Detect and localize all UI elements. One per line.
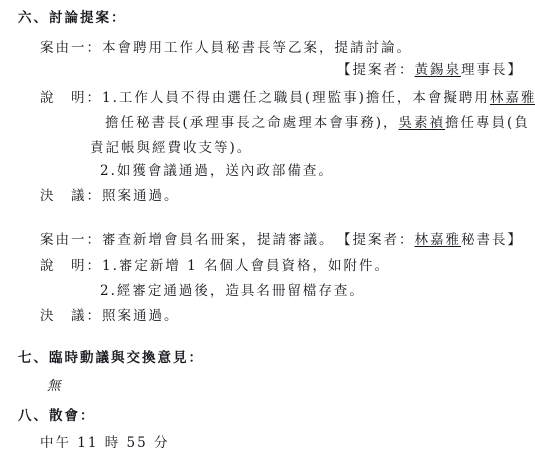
case2-explanation-label: 說 明： <box>40 258 102 274</box>
case2-proposer-name: 林嘉雅 <box>415 232 462 248</box>
case1-subject-text: 案由一：本會聘用工作人員秘書長等乙案，提請討論。 <box>40 40 412 56</box>
case2-subject-text: 案由一：審查新增會員名冊案，提請審議。 <box>40 232 335 248</box>
adjournment-time-text: 中午 11 時 55 分 <box>40 435 170 451</box>
section-heading-discussion: 六、討論提案： <box>0 10 535 26</box>
section-heading-motions: 七、臨時動議與交換意見： <box>0 350 535 366</box>
document-page: 六、討論提案： 案由一：本會聘用工作人員秘書長等乙案，提請討論。 【提案者：黃錫… <box>0 0 535 465</box>
case2-subject-row: 案由一：審查新增會員名冊案，提請審議。 【提案者：林嘉雅秘書長】 <box>0 232 535 248</box>
section-heading-adjournment-text: 八、散會： <box>18 408 96 424</box>
case1-proposer-name: 黃錫泉 <box>415 62 462 78</box>
section-heading-motions-text: 七、臨時動議與交換意見： <box>18 350 204 366</box>
case1-explanation-line1-text: 1.工作人員不得由選任之職員(理監事)擔任，本會擬聘用 <box>102 90 490 106</box>
adjournment-time: 中午 11 時 55 分 <box>0 435 535 451</box>
case2-resolution-text: 照案通過。 <box>102 308 180 324</box>
case1-explanation-line1-name: 林嘉雅 <box>490 90 535 106</box>
case1-explanation-line3-text: 責記帳與經費收支等)。 <box>90 140 252 156</box>
case1-resolution-text: 照案通過。 <box>102 188 180 204</box>
case2-explanation-item1-text: 1.審定新增 1 名個人會員資格，如附件。 <box>102 258 390 274</box>
case1-proposer-prefix: 【提案者： <box>337 62 415 78</box>
motions-content-text: 無 <box>47 378 63 394</box>
case1-proposer: 【提案者：黃錫泉理事長】 <box>0 62 535 78</box>
case2-resolution-label: 決 議： <box>40 308 102 324</box>
case1-resolution-label: 決 議： <box>40 188 102 204</box>
case1-explanation-label: 說 明： <box>40 90 102 106</box>
case2-proposer-suffix: 秘書長】 <box>461 232 523 248</box>
case2-resolution: 決 議：照案通過。 <box>0 308 535 324</box>
case2-explanation-line1: 說 明：1.審定新增 1 名個人會員資格，如附件。 <box>0 258 535 274</box>
case1-explanation-item2: 2.如獲會議通過，送內政部備查。 <box>0 163 535 179</box>
section-heading-discussion-text: 六、討論提案： <box>18 10 127 26</box>
motions-content: 無 <box>0 378 535 394</box>
case2-proposer: 【提案者：林嘉雅秘書長】 <box>337 232 523 248</box>
case1-explanation-line2-name: 吳素禎 <box>399 115 446 131</box>
case1-explanation-line2-text: 擔任秘書長(承理事長之命處理本會事務)， <box>105 115 399 131</box>
case2-explanation-item2-text: 2.經審定通過後，造具名冊留檔存查。 <box>100 283 365 299</box>
case1-subject: 案由一：本會聘用工作人員秘書長等乙案，提請討論。 <box>0 40 535 56</box>
case1-explanation-line2: 擔任秘書長(承理事長之命處理本會事務)，吳素禎擔任專員(負 <box>0 115 535 131</box>
case1-explanation-line2-tail: 擔任專員(負 <box>445 115 530 131</box>
section-heading-adjournment: 八、散會： <box>0 408 535 424</box>
case1-resolution: 決 議：照案通過。 <box>0 188 535 204</box>
case2-proposer-prefix: 【提案者： <box>337 232 415 248</box>
case1-proposer-suffix: 理事長】 <box>461 62 523 78</box>
case2-explanation-item2: 2.經審定通過後，造具名冊留檔存查。 <box>0 283 535 299</box>
case1-explanation-line3: 責記帳與經費收支等)。 <box>0 140 535 156</box>
case1-explanation-line1: 說 明：1.工作人員不得由選任之職員(理監事)擔任，本會擬聘用林嘉雅 <box>0 90 535 106</box>
case1-explanation-item2-text: 2.如獲會議通過，送內政部備查。 <box>100 163 334 179</box>
